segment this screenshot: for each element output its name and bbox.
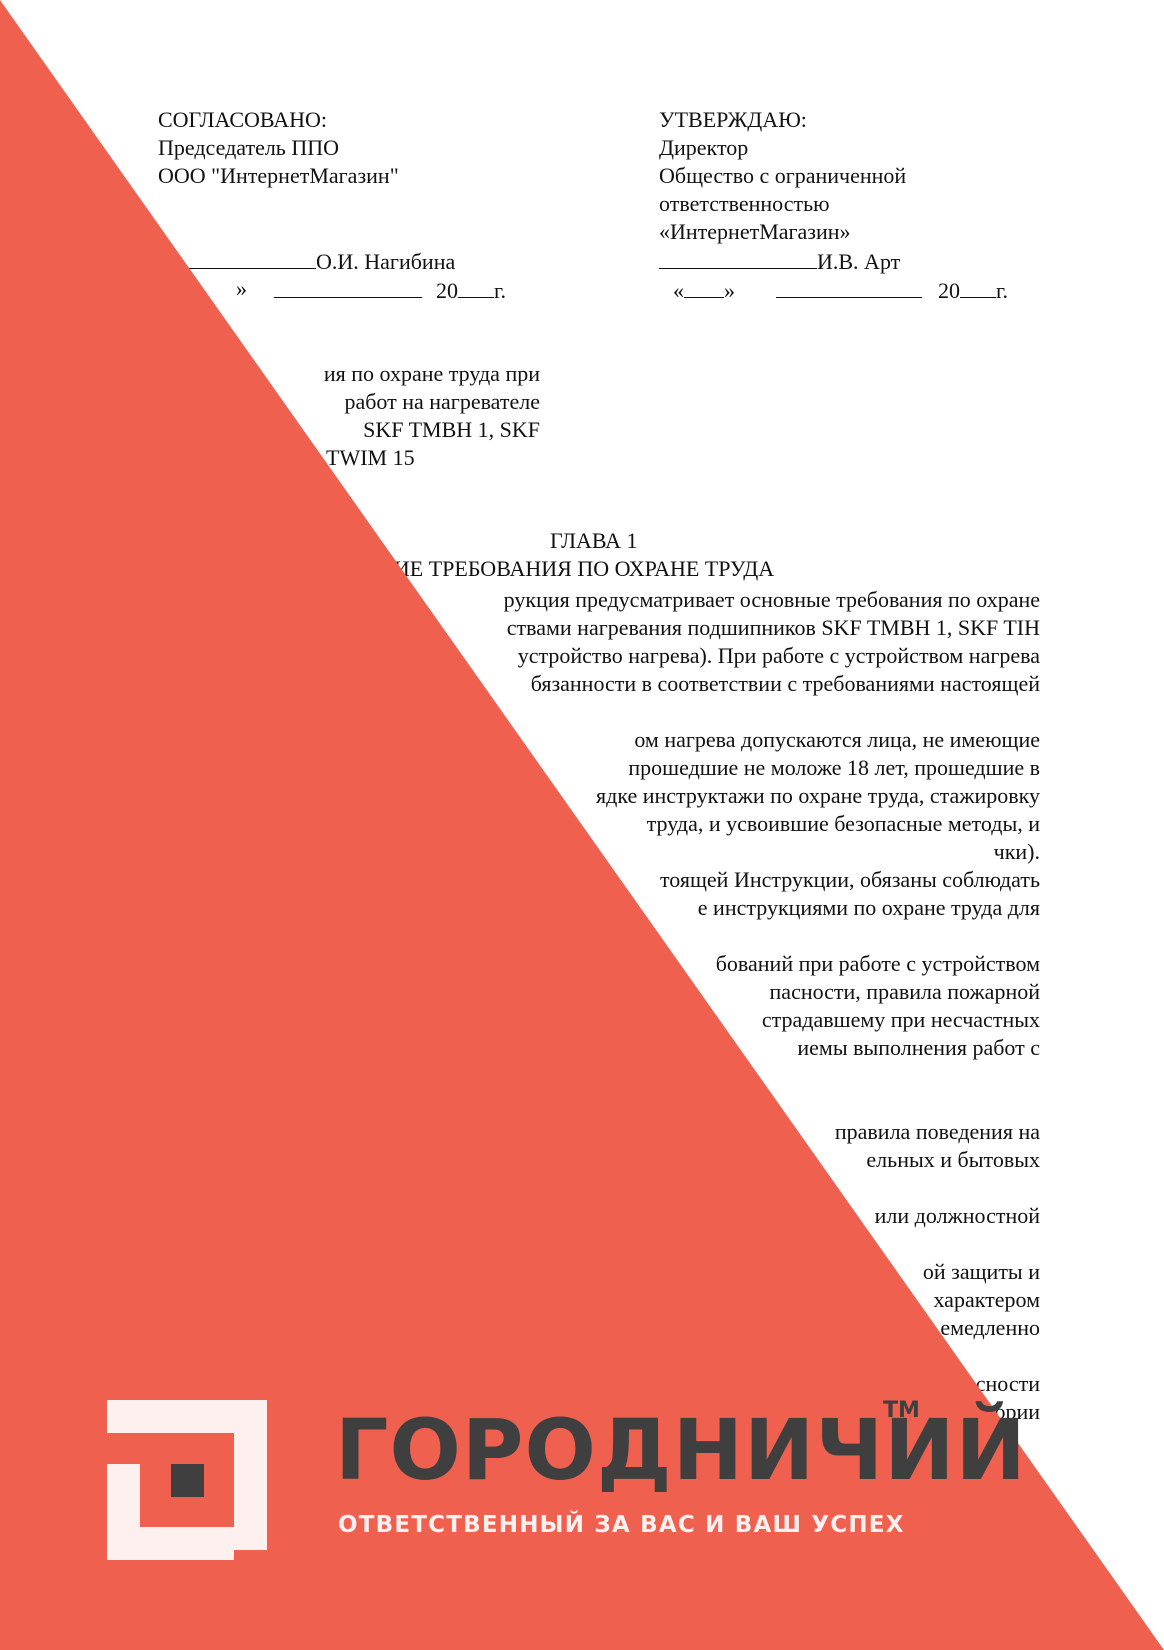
logo-mark-icon — [107, 1400, 267, 1560]
brand-logo: ГОРОДНИЧИЙ TM ОТВЕТСТВЕННЫЙ ЗА ВАС И ВАШ… — [0, 0, 1164, 1650]
trademark-symbol: TM — [883, 1398, 920, 1423]
brand-tagline: ОТВЕТСТВЕННЫЙ ЗА ВАС И ВАШ УСПЕХ — [338, 1512, 905, 1538]
brand-name: ГОРОДНИЧИЙ — [335, 1408, 1027, 1492]
